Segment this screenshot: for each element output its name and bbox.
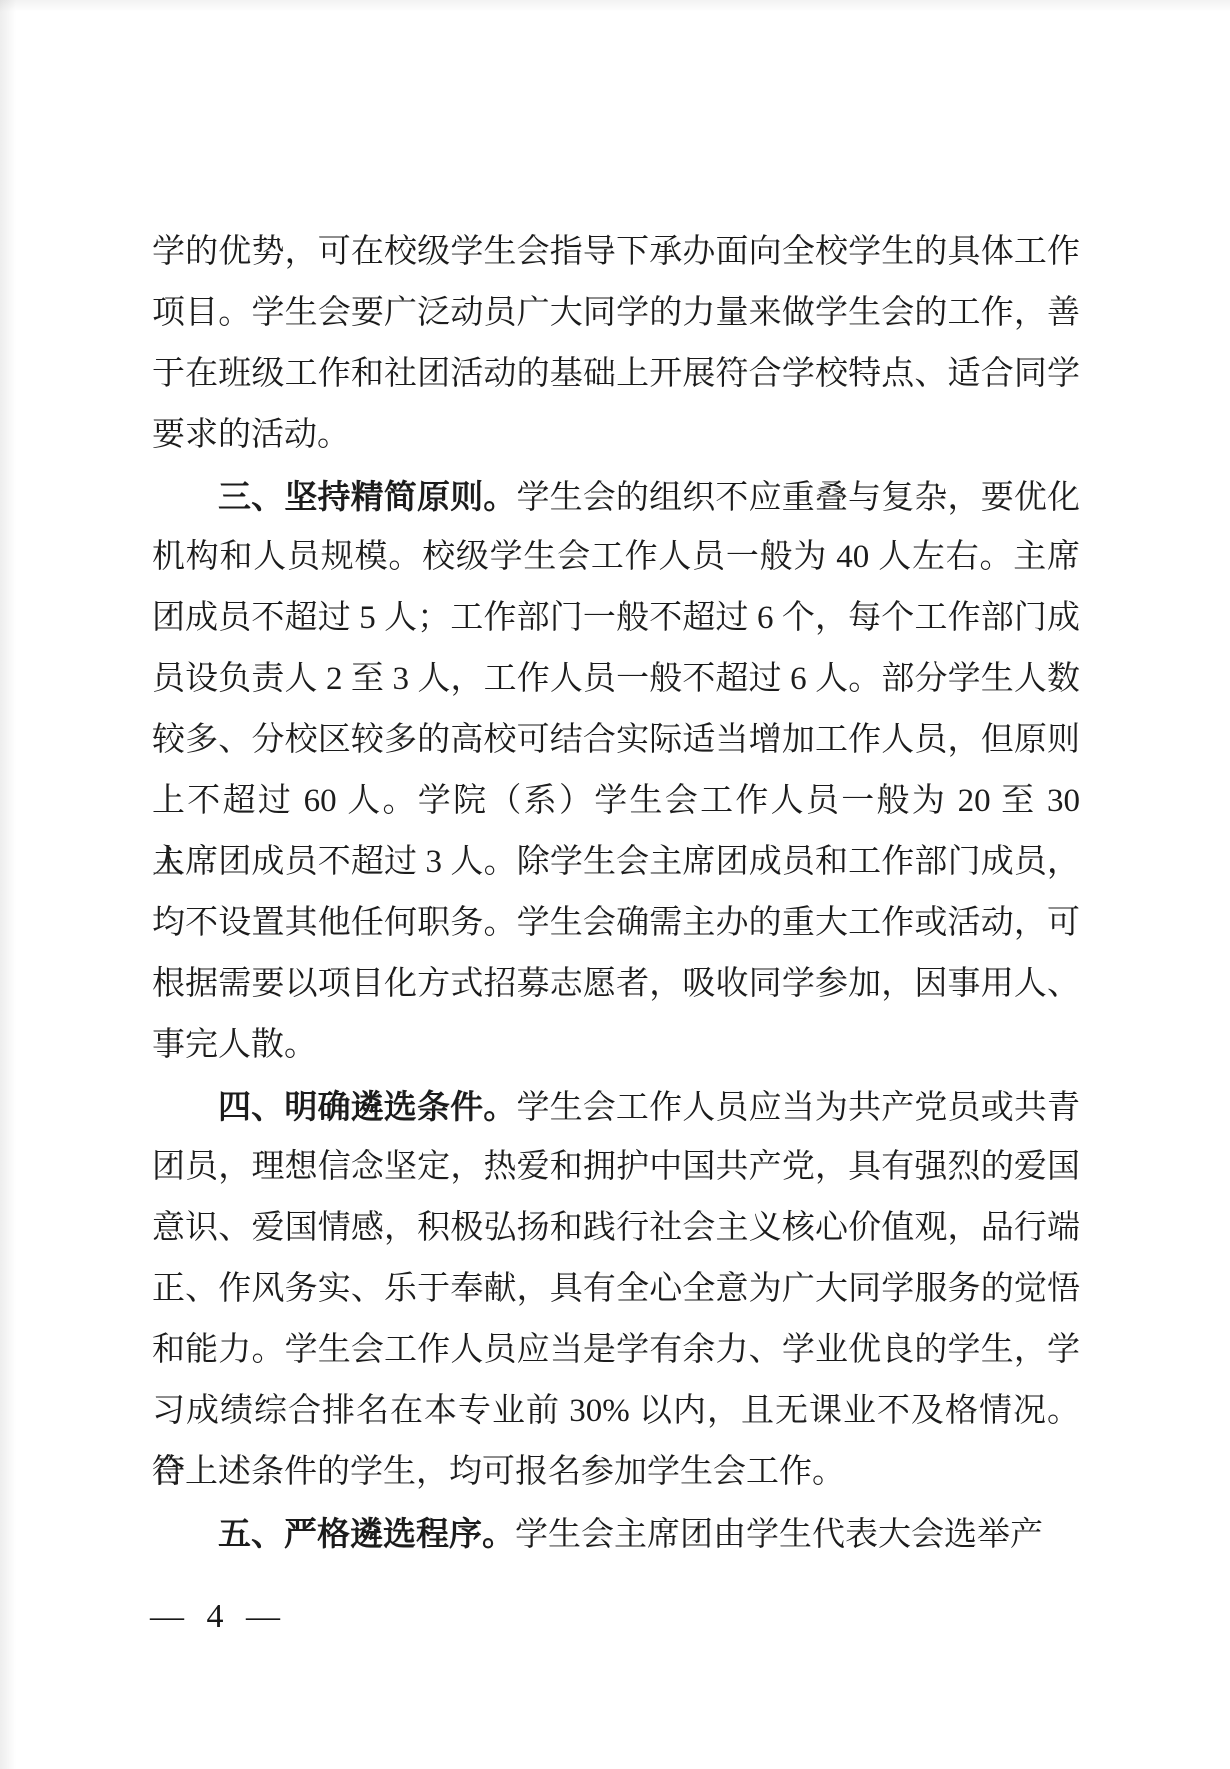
document-body: 学的优势，可在校级学生会指导下承办面向全校学生的具体工作项目。学生会要广泛动员广… (152, 222, 1080, 1564)
text-line: 较多、分校区较多的高校可结合实际适当增加工作人员，但原则 (152, 710, 1080, 771)
text-run: 学生会的组织不应重叠与复杂，要优化 (516, 480, 1080, 516)
text-line: 三、坚持精简原则。学生会的组织不应重叠与复杂，要优化 (152, 466, 1080, 527)
text-run: 学生会主席团由学生代表大会选举产 (515, 1517, 1043, 1553)
scan-edge-top (0, 0, 1230, 12)
text-line: 员设负责人 2 至 3 人，工作人员一般不超过 6 人。部分学生人数 (152, 649, 1080, 710)
text-line: 四、明确遴选条件。学生会工作人员应当为共产党员或共青 (152, 1076, 1080, 1137)
section-heading: 五、严格遴选程序。 (218, 1515, 515, 1552)
text-line: 于在班级工作和社团活动的基础上开展符合学校特点、适合同学 (152, 344, 1080, 405)
text-line: 习成绩综合排名在本专业前 30% 以内，且无课业不及格情况。符 (152, 1381, 1080, 1442)
text-line: 五、严格遴选程序。学生会主席团由学生代表大会选举产 (152, 1503, 1080, 1564)
text-line: 团成员不超过 5 人；工作部门一般不超过 6 个，每个工作部门成 (152, 588, 1080, 649)
text-line: 机构和人员规模。校级学生会工作人员一般为 40 人左右。主席 (152, 527, 1080, 588)
text-run: 学生会工作人员应当为共产党员或共青 (516, 1090, 1080, 1126)
text-line: 事完人散。 (152, 1015, 1080, 1076)
text-line: 学的优势，可在校级学生会指导下承办面向全校学生的具体工作 (152, 222, 1080, 283)
text-line: 主席团成员不超过 3 人。除学生会主席团成员和工作部门成员， (152, 832, 1080, 893)
text-line: 根据需要以项目化方式招募志愿者，吸收同学参加，因事用人、 (152, 954, 1080, 1015)
scan-edge-left (0, 0, 16, 1769)
section-heading: 三、坚持精简原则。 (218, 478, 516, 515)
text-line: 团员，理想信念坚定，热爱和拥护中国共产党，具有强烈的爱国 (152, 1137, 1080, 1198)
text-line: 和能力。学生会工作人员应当是学有余力、学业优良的学生，学 (152, 1320, 1080, 1381)
text-line: 项目。学生会要广泛动员广大同学的力量来做学生会的工作，善 (152, 283, 1080, 344)
page-number: — 4 — (150, 1586, 287, 1647)
text-line: 上不超过 60 人。学院（系）学生会工作人员一般为 20 至 30 人， (152, 771, 1080, 832)
text-line: 意识、爱国情感，积极弘扬和践行社会主义核心价值观，品行端 (152, 1198, 1080, 1259)
text-line: 均不设置其他任何职务。学生会确需主办的重大工作或活动，可 (152, 893, 1080, 954)
text-line: 正、作风务实、乐于奉献，具有全心全意为广大同学服务的觉悟 (152, 1259, 1080, 1320)
section-heading: 四、明确遴选条件。 (218, 1088, 516, 1125)
text-line: 合上述条件的学生，均可报名参加学生会工作。 (152, 1442, 1080, 1503)
text-line: 要求的活动。 (152, 405, 1080, 466)
document-page: 学的优势，可在校级学生会指导下承办面向全校学生的具体工作项目。学生会要广泛动员广… (0, 0, 1230, 1769)
